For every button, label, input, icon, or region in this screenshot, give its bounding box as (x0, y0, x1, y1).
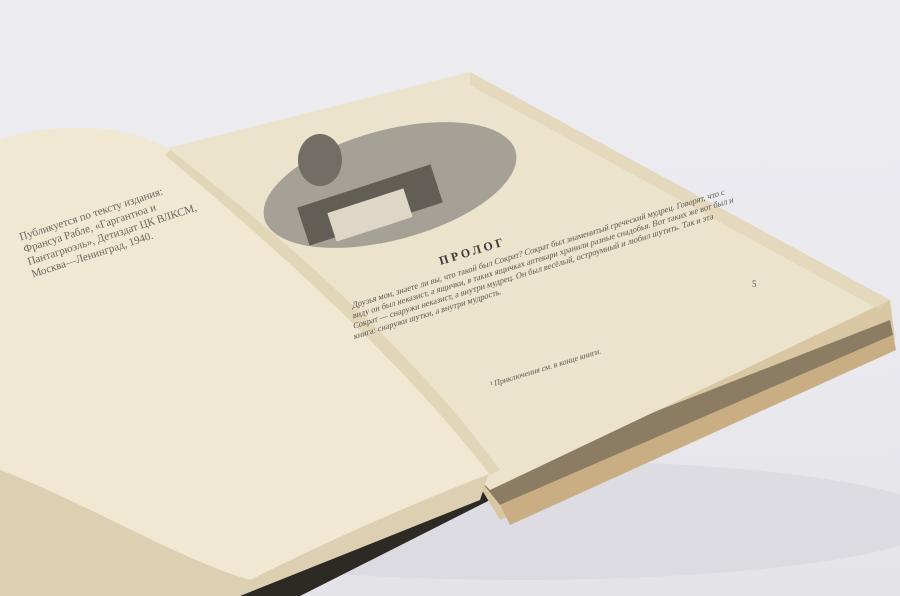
book-photo: Публикуется по тексту издания: Франсуа Р… (0, 0, 900, 596)
page-number: 5 (752, 279, 757, 289)
